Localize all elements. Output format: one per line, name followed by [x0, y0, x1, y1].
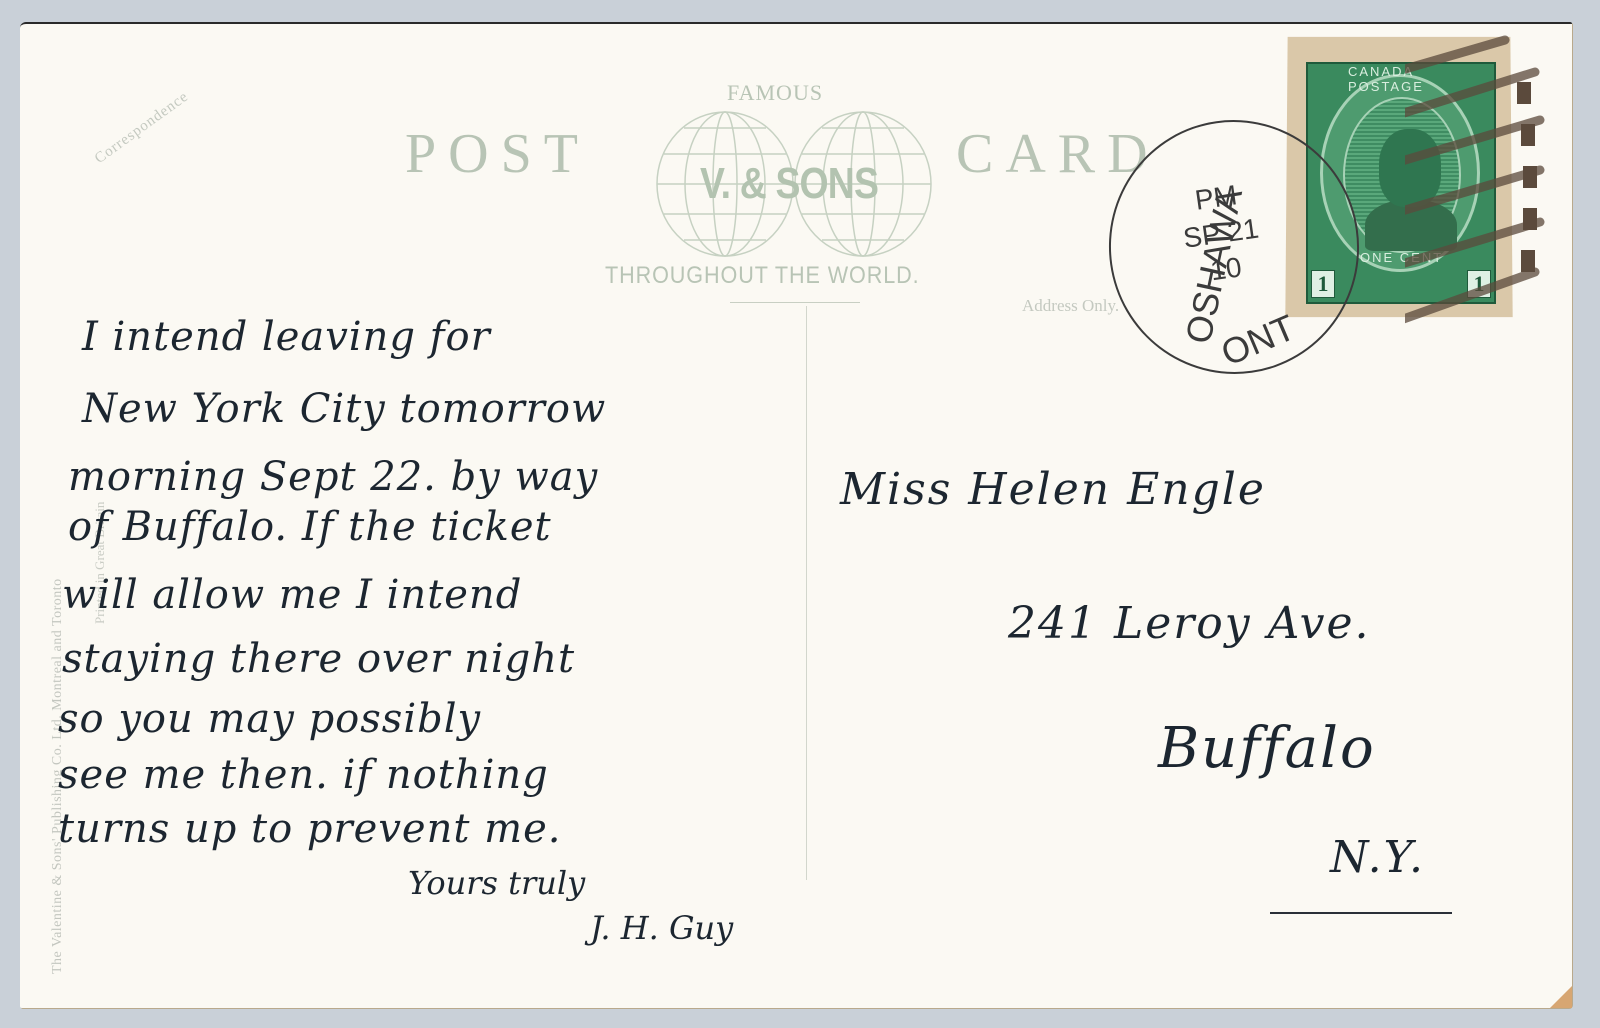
message-line: I intend leaving for — [82, 314, 491, 360]
address-state: N.Y. — [1330, 832, 1425, 883]
postmark-center: PM SP 21 10 — [1164, 173, 1278, 294]
message-line: so you may possibly — [58, 696, 481, 742]
center-divider — [806, 306, 807, 880]
message-closing: Yours truly — [408, 864, 585, 902]
printed-post: POST — [405, 122, 590, 186]
address-underline — [1270, 912, 1452, 914]
header-rule — [730, 302, 860, 303]
message-line: of Buffalo. If the ticket — [68, 504, 552, 550]
correspondence-label: Correspondence — [92, 88, 192, 167]
printed-famous: FAMOUS — [727, 80, 823, 106]
message-signature: J. H. Guy — [590, 909, 733, 947]
address-city: Buffalo — [1158, 716, 1376, 781]
message-line: will allow me I intend — [62, 572, 522, 618]
message-line: turns up to prevent me. — [58, 806, 561, 852]
cancellation-bars-icon — [1405, 32, 1545, 332]
postmark-province: ONT — [1215, 306, 1301, 374]
message-line: staying there over night — [62, 636, 575, 682]
message-line: morning Sept 22. by way — [68, 454, 598, 500]
postcard: FAMOUS POST CARD V. & SONS THROUGHOUT TH… — [20, 22, 1572, 1008]
message-line: see me then. if nothing — [58, 752, 549, 798]
message-line: New York City tomorrow — [82, 386, 606, 432]
worn-corner — [1550, 986, 1572, 1008]
address-name: Miss Helen Engle — [840, 464, 1266, 515]
address-street: 241 Leroy Ave. — [1008, 598, 1370, 649]
logo-text: V. & SONS — [700, 159, 878, 209]
printed-tagline: THROUGHOUT THE WORLD. — [605, 262, 920, 290]
address-label: Address Only. — [1022, 296, 1119, 316]
